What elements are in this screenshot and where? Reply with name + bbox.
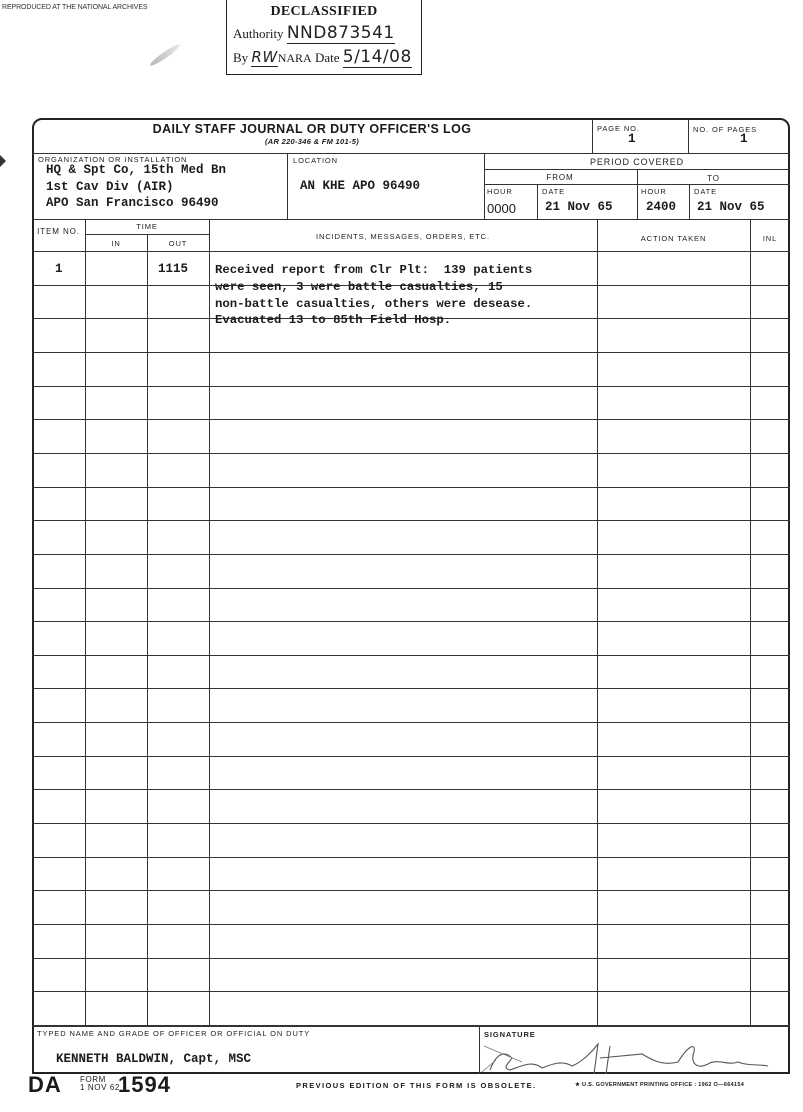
- divider: [32, 219, 790, 220]
- scan-edge-mark: [0, 155, 6, 167]
- form-designation-da: DA: [28, 1072, 62, 1098]
- from-hour-value: 0000: [487, 201, 516, 216]
- table-row-line: [32, 924, 790, 925]
- stamp-authority-row: Authority NND873541: [233, 23, 395, 43]
- header-time-out: OUT: [147, 239, 209, 248]
- column-divider: [147, 234, 148, 1025]
- table-row-line: [32, 588, 790, 589]
- column-divider: [750, 219, 751, 1025]
- to-label: TO: [637, 174, 790, 183]
- divider: [637, 169, 638, 219]
- table-row-line: [32, 756, 790, 757]
- table-row-line: [32, 857, 790, 858]
- table-row-line: [32, 789, 790, 790]
- divider: [688, 120, 689, 153]
- period-covered-label: PERIOD COVERED: [484, 157, 790, 167]
- form-title: DAILY STAFF JOURNAL OR DUTY OFFICER'S LO…: [32, 122, 592, 136]
- authority-label: Authority: [233, 26, 284, 41]
- organization-line-3: APO San Francisco 96490: [46, 196, 219, 210]
- divider: [689, 184, 690, 219]
- entry-incident-text: Received report from Clr Plt: 139 patien…: [215, 262, 532, 329]
- scan-smudge: [149, 42, 182, 68]
- table-row-line: [32, 621, 790, 622]
- entry-item-no: 1: [55, 262, 63, 276]
- table-row-line: [32, 958, 790, 959]
- agency-label: NARA: [278, 51, 312, 65]
- organization-line-2: 1st Cav Div (AIR): [46, 180, 174, 194]
- stamp-title: DECLASSIFIED: [227, 4, 421, 20]
- header-item-no: ITEM NO.: [32, 226, 85, 237]
- table-row-line: [32, 890, 790, 891]
- to-date-label: DATE: [694, 187, 717, 196]
- by-initials: RW: [251, 48, 277, 67]
- table-row-line: [32, 823, 790, 824]
- date-label: Date: [315, 50, 340, 65]
- column-divider: [597, 219, 598, 1025]
- declassified-stamp: DECLASSIFIED Authority NND873541 By RWNA…: [226, 0, 422, 75]
- table-row-line: [32, 655, 790, 656]
- form-subtitle: (AR 220-346 & FM 101-5): [32, 137, 592, 146]
- from-hour-label: HOUR: [487, 187, 513, 196]
- location-label: LOCATION: [293, 156, 338, 165]
- divider: [32, 153, 790, 154]
- signature-label: SIGNATURE: [484, 1030, 536, 1039]
- form-number: 1594: [118, 1072, 171, 1098]
- declassified-date: 5/14/08: [343, 47, 412, 68]
- no-of-pages-value: 1: [740, 132, 748, 146]
- entry-time-out: 1115: [158, 262, 188, 276]
- gpo-imprint: ★ U.S. GOVERNMENT PRINTING OFFICE : 1962…: [575, 1082, 744, 1088]
- table-row-line: [32, 251, 790, 252]
- table-row-line: [32, 386, 790, 387]
- table-row-line: [32, 991, 790, 992]
- table-row-line: [32, 419, 790, 420]
- page-no-value: 1: [628, 132, 636, 146]
- table-row-line: [32, 352, 790, 353]
- table-row-line: [32, 520, 790, 521]
- to-hour-value: 2400: [646, 200, 676, 214]
- divider: [287, 153, 288, 219]
- table-row-line: [32, 453, 790, 454]
- authority-value: NND873541: [287, 23, 395, 44]
- officer-label: TYPED NAME AND GRADE OF OFFICER OR OFFIC…: [37, 1029, 310, 1038]
- header-action-taken: ACTION TAKEN: [597, 234, 750, 243]
- organization-line-1: HQ & Spt Co, 15th Med Bn: [46, 163, 226, 177]
- stamp-by-row: By RWNARA Date 5/14/08: [233, 47, 412, 67]
- table-row-line: [32, 688, 790, 689]
- archive-header: REPRODUCED AT THE NATIONAL ARCHIVES: [2, 4, 147, 11]
- divider: [592, 120, 593, 153]
- header-time-in: IN: [85, 239, 147, 248]
- divider: [32, 1025, 790, 1027]
- divider: [484, 184, 790, 185]
- table-row-line: [32, 722, 790, 723]
- to-hour-label: HOUR: [641, 187, 667, 196]
- form-label-date: FORM 1 NOV 62: [80, 1076, 120, 1092]
- location-value: AN KHE APO 96490: [300, 179, 420, 193]
- table-row-line: [32, 487, 790, 488]
- header-incidents: INCIDENTS, MESSAGES, ORDERS, ETC.: [209, 232, 597, 241]
- from-date-value: 21 Nov 65: [545, 200, 613, 214]
- header-time: TIME: [85, 222, 209, 231]
- signature-scrawl: [482, 1040, 782, 1074]
- table-row-line: [32, 554, 790, 555]
- divider: [479, 1025, 480, 1074]
- divider: [537, 184, 538, 219]
- to-date-value: 21 Nov 65: [697, 200, 765, 214]
- header-inl: INL: [750, 234, 790, 243]
- column-divider: [85, 219, 86, 1025]
- from-label: FROM: [484, 173, 636, 182]
- previous-edition-note: PREVIOUS EDITION OF THIS FORM IS OBSOLET…: [296, 1081, 536, 1090]
- from-date-label: DATE: [542, 187, 565, 196]
- by-label: By: [233, 50, 248, 65]
- column-divider: [209, 219, 210, 1025]
- officer-name: KENNETH BALDWIN, Capt, MSC: [56, 1052, 251, 1066]
